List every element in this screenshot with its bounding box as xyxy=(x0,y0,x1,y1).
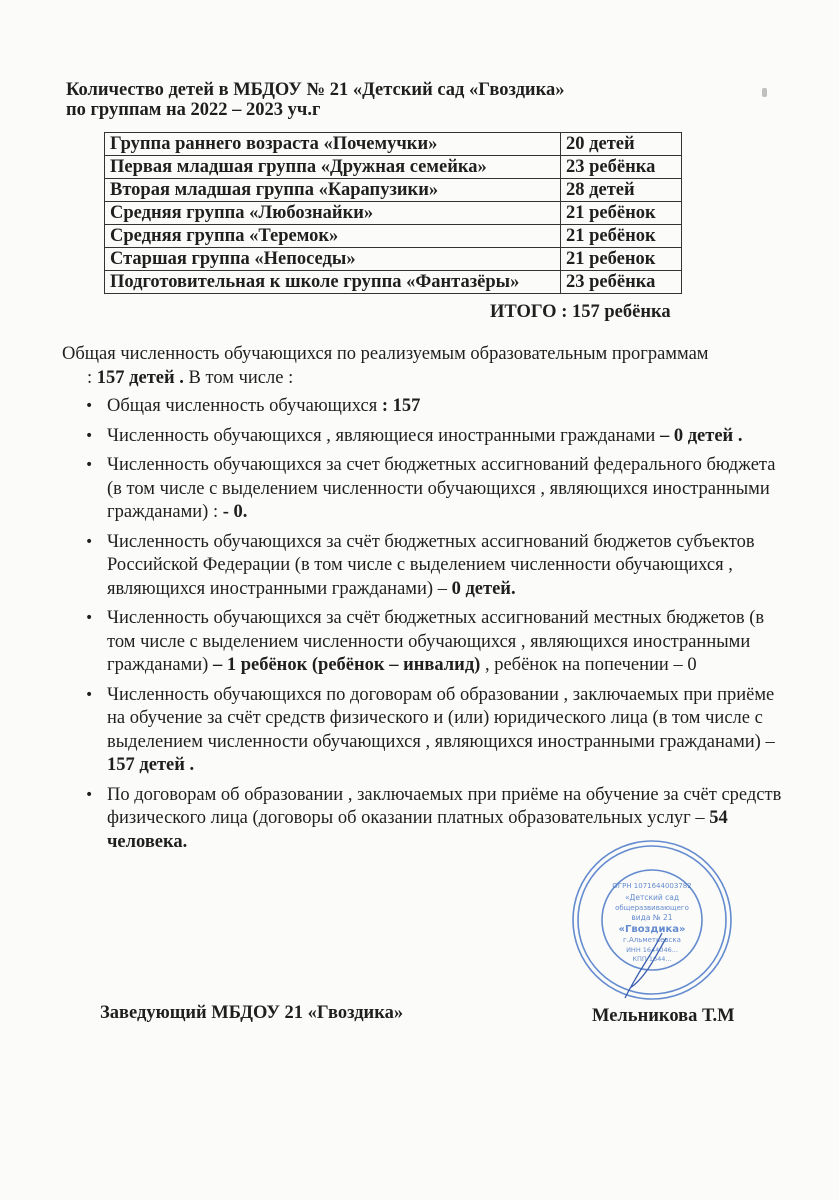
intro-line1: Общая численность обучающихся по реализу… xyxy=(62,344,709,364)
signatory-name: Мельникова Т.М xyxy=(592,1006,735,1027)
svg-text:«Гвоздика»: «Гвоздика» xyxy=(619,924,686,935)
list-item: Численность обучающихся по договорам об … xyxy=(82,684,782,778)
intro-line2: : 157 детей . В том числе : xyxy=(62,366,802,390)
group-count: 21 ребенок xyxy=(561,248,682,271)
groups-table: Группа раннего возраста «Почемучки»20 де… xyxy=(104,132,682,294)
group-name: Подготовительная к школе группа «Фантазё… xyxy=(105,271,561,294)
group-count: 23 ребёнка xyxy=(561,156,682,179)
list-item: Численность обучающихся за счёт бюджетны… xyxy=(82,531,782,602)
svg-text:ОГРН 1071644003782: ОГРН 1071644003782 xyxy=(612,882,691,890)
list-item: Численность обучающихся за счёт бюджетны… xyxy=(82,607,782,678)
group-count: 21 ребёнок xyxy=(561,202,682,225)
official-stamp-icon: ОГРН 1071644003782 «Детский сад общеразв… xyxy=(570,838,735,1003)
group-name: Первая младшая группа «Дружная семейка» xyxy=(105,156,561,179)
list-item: Численность обучающихся , являющиеся ино… xyxy=(82,425,782,449)
svg-text:ИНН 1644046...: ИНН 1644046... xyxy=(626,946,678,954)
table-row: Старшая группа «Непоседы»21 ребенок xyxy=(105,248,682,271)
table-row: Средняя группа «Теремок»21 ребёнок xyxy=(105,225,682,248)
group-name: Средняя группа «Любознайки» xyxy=(105,202,561,225)
table-row: Первая младшая группа «Дружная семейка»2… xyxy=(105,156,682,179)
svg-text:вида № 21: вида № 21 xyxy=(631,913,672,922)
list-item: Численность обучающихся за счет бюджетны… xyxy=(82,454,782,525)
svg-text:«Детский сад: «Детский сад xyxy=(625,893,679,902)
group-name: Средняя группа «Теремок» xyxy=(105,225,561,248)
table-row: Подготовительная к школе группа «Фантазё… xyxy=(105,271,682,294)
intro-total: 157 детей . xyxy=(97,368,184,388)
group-count: 21 ребёнок xyxy=(561,225,682,248)
intro-paragraph: Общая численность обучающихся по реализу… xyxy=(62,342,802,390)
bullet-list: Общая численность обучающихся : 157 Числ… xyxy=(82,395,782,860)
list-item: Общая численность обучающихся : 157 xyxy=(82,395,782,419)
group-name: Группа раннего возраста «Почемучки» xyxy=(105,133,561,156)
document-subtitle: по группам на 2022 – 2023 уч.г xyxy=(66,100,320,120)
table-row: Группа раннего возраста «Почемучки»20 де… xyxy=(105,133,682,156)
total-count: ИТОГО : 157 ребёнка xyxy=(490,302,671,323)
group-count: 20 детей xyxy=(561,133,682,156)
svg-text:г.Альметьевска: г.Альметьевска xyxy=(623,936,681,944)
document-title: Количество детей в МБДОУ № 21 «Детский с… xyxy=(66,80,564,100)
group-name: Вторая младшая группа «Карапузики» xyxy=(105,179,561,202)
group-count: 28 детей xyxy=(561,179,682,202)
table-row: Средняя группа «Любознайки»21 ребёнок xyxy=(105,202,682,225)
scan-speck xyxy=(762,88,767,97)
group-name: Старшая группа «Непоседы» xyxy=(105,248,561,271)
svg-text:общеразвивающего: общеразвивающего xyxy=(615,904,689,912)
signatory-position: Заведующий МБДОУ 21 «Гвоздика» xyxy=(100,1003,403,1024)
group-count: 23 ребёнка xyxy=(561,271,682,294)
table-row: Вторая младшая группа «Карапузики»28 дет… xyxy=(105,179,682,202)
